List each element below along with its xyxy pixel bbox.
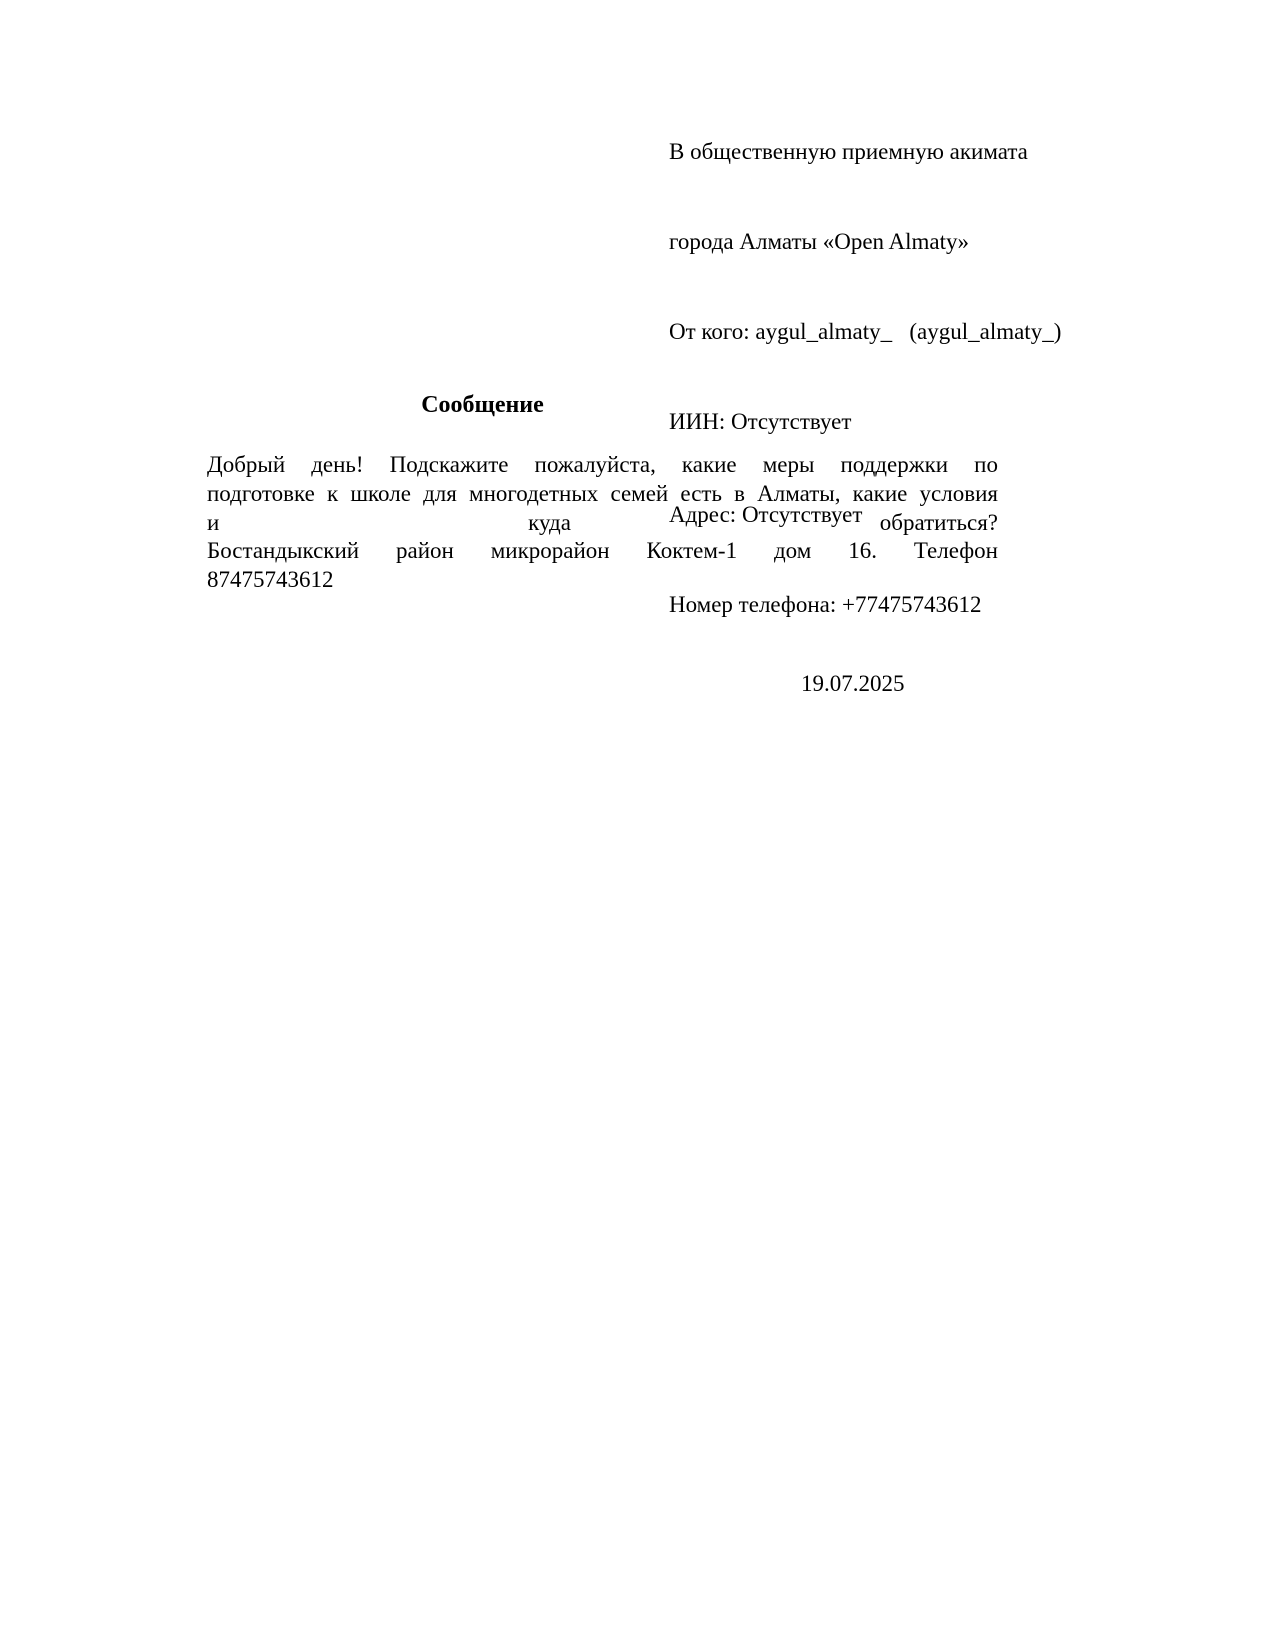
message-line: Добрыйдень!Подскажитепожалуйста,какиемер… [207,451,998,480]
message-line: подготовкекшколедлямногодетныхсемейестьв… [207,480,998,509]
message-date: 19.07.2025 [801,670,905,698]
addressee-line-recipient-1: В общественную приемную акимата [669,137,1061,167]
message-body: Добрыйдень!Подскажитепожалуйста,какиемер… [207,451,998,595]
message-line: 87475743612 [207,566,998,595]
message-heading: Сообщение [207,390,758,420]
document-page: В общественную приемную акимата города А… [0,0,1275,1650]
message-line: икудаобратиться? [207,509,998,538]
addressee-line-sender: От кого: aygul_almaty_ (aygul_almaty_) [669,317,1061,347]
message-line: БостандыкскийрайонмикрорайонКоктем-1дом1… [207,537,998,566]
addressee-line-recipient-2: города Алматы «Open Almaty» [669,227,1061,257]
